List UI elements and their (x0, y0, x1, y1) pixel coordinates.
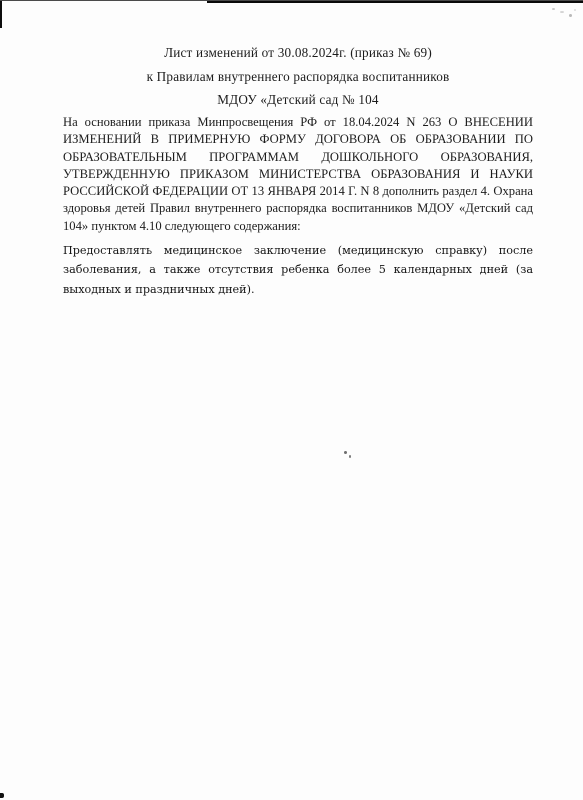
scan-artifact-top-right-smudge (550, 7, 578, 19)
paragraph1-line: 104» пунктом 4.10 следующего содержания: (63, 218, 533, 235)
paragraph1-line: УТВЕРЖДЕННУЮ ПРИКАЗОМ МИНИСТЕРСТВА ОБРАЗ… (63, 166, 533, 183)
paragraph1-line: ОБРАЗОВАТЕЛЬНЫМ ПРОГРАММАМ ДОШКОЛЬНОГО О… (63, 149, 533, 166)
scan-edge-top-band (207, 1, 583, 3)
paragraph1-line: На основании приказа Минпросвещения РФ о… (63, 114, 533, 131)
paragraph1-line: ИЗМЕНЕНИЙ В ПРИМЕРНУЮ ФОРМУ ДОГОВОРА ОБ … (63, 131, 533, 148)
scanned-document-page: Лист изменений от 30.08.2024г. (приказ №… (0, 0, 583, 800)
header-subtitle-line: к Правилам внутреннего распорядка воспит… (63, 65, 533, 89)
document-header: Лист изменений от 30.08.2024г. (приказ №… (63, 41, 533, 112)
paragraph2-line: заболевания, а также отсутствия ребенка … (63, 260, 533, 279)
paragraph-new-clause-4-10: Предоставлять медицинское заключение (ме… (63, 241, 533, 299)
paragraph1-line: здоровья детей Правил внутреннего распор… (63, 200, 533, 217)
paragraph-basis-of-changes: На основании приказа Минпросвещения РФ о… (63, 114, 533, 235)
scan-edge-left-sliver (0, 1, 2, 28)
paragraph2-line: выходных и праздничных дней). (63, 280, 533, 299)
scan-artifact-center-speck-1 (344, 451, 347, 454)
scan-artifact-bottom-left-speck (0, 793, 4, 798)
paragraph1-line: РОССИЙСКОЙ ФЕДЕРАЦИИ ОТ 13 ЯНВАРЯ 2014 Г… (63, 183, 533, 200)
header-organization-line: МДОУ «Детский сад № 104 (63, 88, 533, 112)
header-title-line: Лист изменений от 30.08.2024г. (приказ №… (63, 41, 533, 65)
scan-artifact-center-speck-2 (349, 455, 351, 458)
paragraph2-line: Предоставлять медицинское заключение (ме… (63, 241, 533, 260)
